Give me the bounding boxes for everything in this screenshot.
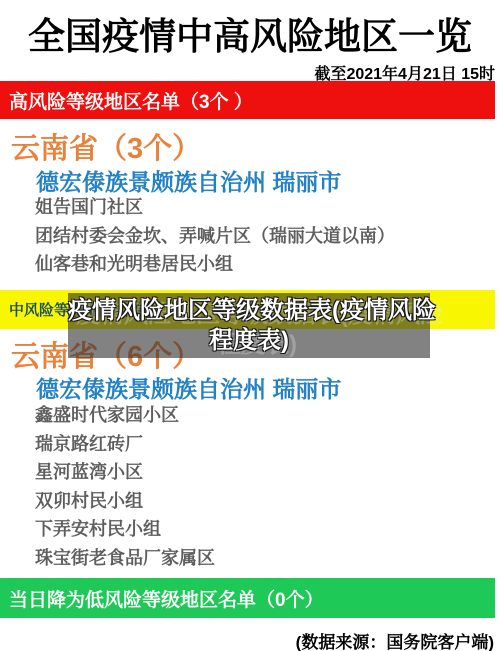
area-item: 姐告国门社区 — [35, 197, 395, 217]
low-risk-banner: 当日降为低风险等级地区名单（0个） — [0, 578, 495, 618]
infographic-canvas: 全国疫情中高风险地区一览 截至2021年4月21日 15时 高风险等级地区名单（… — [0, 0, 500, 651]
page-title: 全国疫情中高风险地区一览 — [0, 6, 500, 60]
high-risk-area-list: 姐告国门社区 团结村委会金坎、弄喊片区（瑞丽大道以南） 仙客巷和光明巷居民小组 — [35, 197, 395, 283]
high-risk-province-heading: 云南省（3个） — [11, 126, 201, 167]
area-item: 星河蓝湾小区 — [35, 462, 215, 482]
medium-risk-area-list: 鑫盛时代家园小区 瑞京路红砖厂 星河蓝湾小区 双卯村民小组 下弄安村民小组 珠宝… — [35, 405, 215, 576]
high-risk-banner: 高风险等级地区名单（3个 ） — [0, 81, 495, 119]
medium-risk-city-heading: 德宏傣族景颇族自治州 瑞丽市 — [36, 371, 341, 404]
watermark-overlay: 疫情风险地区等级数据表(疫情风险 程度表) — [68, 293, 430, 358]
watermark-text-line2: 程度表) — [68, 326, 430, 356]
area-item: 仙客巷和光明巷居民小组 — [35, 254, 395, 274]
data-source: (数据来源：国务院客户端) — [296, 628, 494, 651]
area-item: 下弄安村民小组 — [35, 519, 215, 539]
area-item: 珠宝街老食品厂家属区 — [35, 548, 215, 568]
area-item: 鑫盛时代家园小区 — [35, 405, 215, 425]
area-item: 双卯村民小组 — [35, 491, 215, 511]
watermark-text-line1: 疫情风险地区等级数据表(疫情风险 — [68, 296, 430, 326]
area-item: 团结村委会金坎、弄喊片区（瑞丽大道以南） — [35, 226, 395, 246]
high-risk-city-heading: 德宏傣族景颇族自治州 瑞丽市 — [36, 164, 341, 197]
area-item: 瑞京路红砖厂 — [35, 434, 215, 454]
